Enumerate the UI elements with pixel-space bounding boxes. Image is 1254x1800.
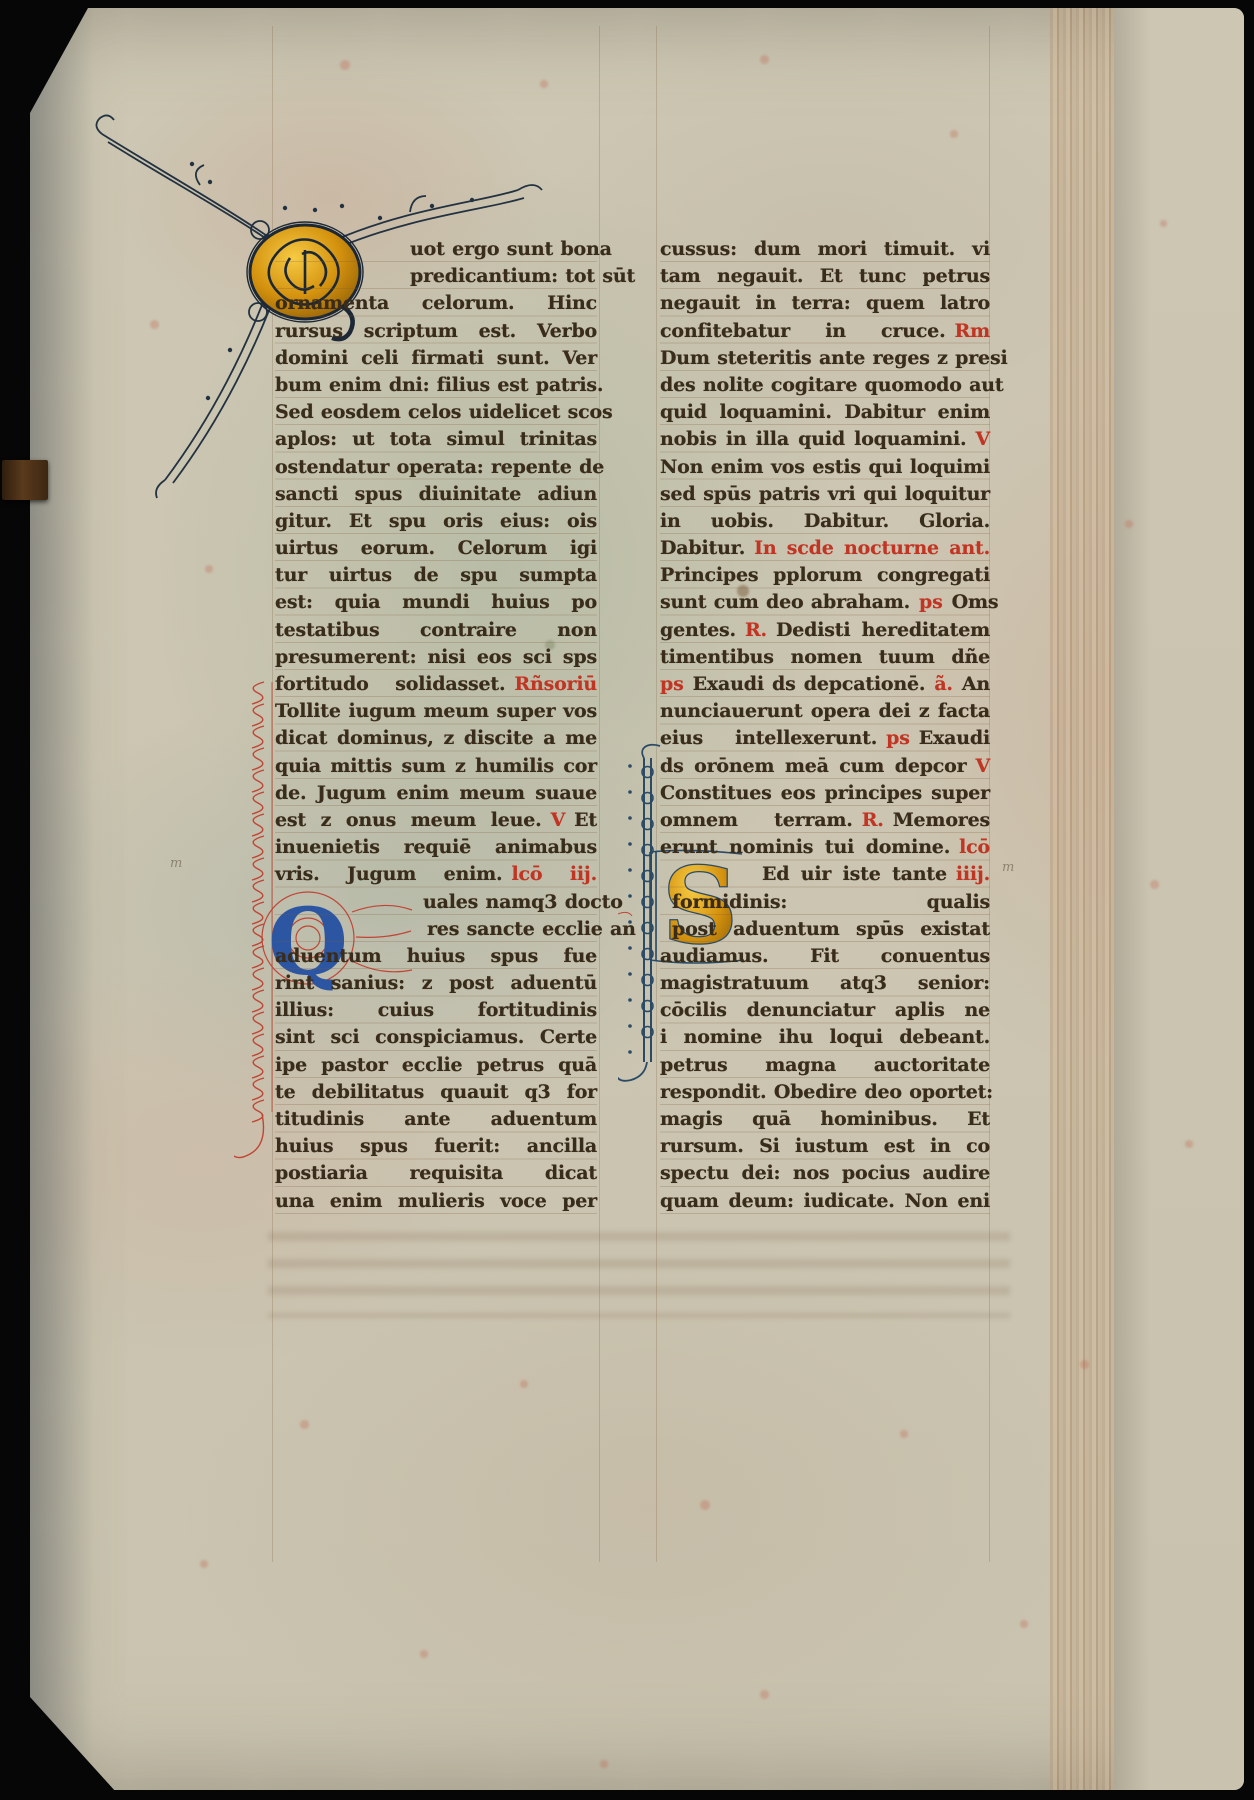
body-text: formidinis: qualis: [672, 891, 990, 913]
body-text: rint sanius: z post aduentū: [275, 972, 597, 994]
text-line: aplos: ut tota simul trinitas: [275, 426, 597, 453]
page-corner-cut: [30, 8, 88, 113]
body-text: vris. Jugum enim.: [275, 863, 502, 885]
body-text: gitur. Et spu oris eius: ois: [275, 510, 597, 532]
text-line: de. Jugum enim meum suaue: [275, 780, 597, 807]
text-line: titudinis ante aduentum: [275, 1106, 597, 1133]
rubric-text: Rñsoriū: [514, 673, 597, 695]
text-line: respondit. Obedire deo oportet:: [660, 1079, 990, 1106]
text-line: spectu dei: nos pocius audire: [660, 1160, 990, 1187]
rubric-text: Rm: [955, 320, 991, 342]
text-line: tam negauit. Et tunc petrus: [660, 263, 990, 290]
body-text: nunciauerunt opera dei z facta: [660, 700, 990, 722]
margin-mark: m: [1002, 860, 1014, 875]
body-text: una enim mulieris voce per: [275, 1190, 597, 1212]
body-text: de. Jugum enim meum suaue: [275, 782, 597, 804]
body-text: rursum. Si iustum est in co: [660, 1135, 990, 1157]
body-text: spectu dei: nos pocius audire: [660, 1162, 990, 1184]
body-text: testatibus contraire non: [275, 619, 597, 641]
body-text: in uobis. Dabitur. Gloria.: [660, 510, 990, 532]
stain-mark: [520, 1380, 528, 1388]
body-text: negauit in terra: quem latro: [660, 292, 990, 314]
text-line: negauit in terra: quem latro: [660, 290, 990, 317]
text-line: est z onus meum leue.VEt: [275, 807, 597, 834]
rubric-text: iiij.: [956, 863, 990, 885]
body-text: quia mittis sum z humilis cor: [275, 755, 597, 777]
rubric-text: R.: [745, 619, 767, 641]
body-text: ipe pastor ecclie petrus quā: [275, 1054, 597, 1076]
stain-mark: [1160, 220, 1167, 227]
text-line: sed spūs patris vri qui loquitur: [660, 481, 990, 508]
text-line: ds orōnem meā cum depcorV: [660, 753, 990, 780]
text-line: i nomine ihu loqui debeant.: [660, 1024, 990, 1051]
body-text: cōcilis denunciatur aplis ne: [660, 999, 990, 1021]
body-text: post aduentum spūs existat: [672, 918, 990, 940]
text-line: presumerent: nisi eos sci sps: [275, 644, 597, 671]
text-line: postiaria requisita dicat: [275, 1160, 597, 1187]
rubric-text: ps: [886, 727, 910, 749]
stain-mark: [1125, 520, 1133, 528]
body-text: audiamus. Fit conuentus: [660, 945, 990, 967]
body-text: Et: [574, 809, 597, 831]
body-text: predicantium: tot sūt: [410, 265, 635, 287]
text-line: tur uirtus de spu sumpta: [275, 562, 597, 589]
ruling-line: [656, 26, 657, 1562]
text-line: audiamus. Fit conuentus: [660, 943, 990, 970]
body-text: sed spūs patris vri qui loquitur: [660, 483, 990, 505]
page-corner-cut: [30, 1697, 116, 1792]
margin-mark: m: [170, 856, 182, 871]
text-line: est: quia mundi huius po: [275, 589, 597, 616]
body-text: ostendatur operata: repente de: [275, 456, 604, 478]
body-text: petrus magna auctoritate: [660, 1054, 990, 1076]
body-text: eius intellexerunt.: [660, 727, 877, 749]
text-line: quid loquamini. Dabitur enim: [660, 399, 990, 426]
body-text: Principes pplorum congregati: [660, 564, 990, 586]
stain-mark: [950, 130, 958, 138]
text-line: dicat dominus, z discite a me: [275, 725, 597, 752]
text-line: gentes.R.Dedisti hereditatem: [660, 617, 990, 644]
text-line: gitur. Et spu oris eius: ois: [275, 508, 597, 535]
body-text: ds orōnem meā cum depcor: [660, 755, 966, 777]
body-text: Tollite iugum meum super vos: [275, 700, 597, 722]
text-line: formidinis: qualis: [660, 889, 990, 916]
text-line: eius intellexerunt.psExaudi: [660, 725, 990, 752]
body-text: Ed uir iste tante: [762, 863, 947, 885]
rubric-text: ã.: [934, 673, 953, 695]
text-line: Principes pplorum congregati: [660, 562, 990, 589]
body-text: presumerent: nisi eos sci sps: [275, 646, 597, 668]
body-text: rursus scriptum est. Verbo: [275, 320, 597, 342]
text-line: sunt cum deo abraham.psOms: [660, 589, 990, 616]
body-text: illius: cuius fortitudinis: [275, 999, 597, 1021]
stain-mark: [1020, 1620, 1028, 1628]
gutter-shadow: [30, 8, 94, 1790]
stain-mark: [420, 1650, 428, 1658]
text-line: te debilitatus quauit q3 for: [275, 1079, 597, 1106]
text-line: erunt nominis tui domine.lcō: [660, 834, 990, 861]
text-line: nunciauerunt opera dei z facta: [660, 698, 990, 725]
rubric-text: ps: [919, 591, 943, 613]
body-text: aplos: ut tota simul trinitas: [275, 428, 597, 450]
rubric-text: lcō: [959, 836, 990, 858]
text-line: Non enim vos estis qui loquimi: [660, 454, 990, 481]
body-text: dicat dominus, z discite a me: [275, 727, 597, 749]
text-line: Tollite iugum meum super vos: [275, 698, 597, 725]
text-line: huius spus fuerit: ancilla: [275, 1133, 597, 1160]
body-text: titudinis ante aduentum: [275, 1108, 597, 1130]
stain-mark: [200, 1560, 208, 1568]
stain-mark: [1080, 1360, 1089, 1369]
text-line: petrus magna auctoritate: [660, 1052, 990, 1079]
text-line: vris. Jugum enim.lcō iij.: [275, 861, 597, 888]
body-text: inuenietis requiē animabus: [275, 836, 597, 858]
body-text: uales namq3 docto: [423, 891, 623, 913]
text-line: rursus scriptum est. Verbo: [275, 318, 597, 345]
body-text: magis quā hominibus. Et: [660, 1108, 990, 1130]
stain-mark: [760, 55, 769, 64]
text-line: inuenietis requiē animabus: [275, 834, 597, 861]
body-text: res sancte ecclie an: [427, 918, 636, 940]
text-line: Dum steteritis ante reges z presi: [660, 345, 990, 372]
rubric-text: R.: [862, 809, 884, 831]
body-text: omnem terram.: [660, 809, 853, 831]
text-line: nobis in illa quid loquamini.V: [660, 426, 990, 453]
body-text: respondit. Obedire deo oportet:: [660, 1081, 993, 1103]
body-text: postiaria requisita dicat: [275, 1162, 597, 1184]
text-line: uirtus eorum. Celorum igi: [275, 535, 597, 562]
bookmark-tab: [2, 460, 48, 500]
text-line: magistratuum atq3 senior:: [660, 970, 990, 997]
text-line: Sed eosdem celos uidelicet scos: [275, 399, 597, 426]
body-text: Constitues eos principes super: [660, 782, 990, 804]
text-line: res sancte ecclie an: [275, 916, 597, 943]
body-text: gentes.: [660, 619, 736, 641]
text-line: cōcilis denunciatur aplis ne: [660, 997, 990, 1024]
body-text: bum enim dni: filius est patris.: [275, 374, 603, 396]
body-text: quam deum: iudicate. Non eni: [660, 1190, 990, 1212]
text-line: confitebatur in cruce.Rm: [660, 318, 990, 345]
text-line: des nolite cogitare quomodo aut: [660, 372, 990, 399]
text-line: in uobis. Dabitur. Gloria.: [660, 508, 990, 535]
text-line: aduentum huius spus fue: [275, 943, 597, 970]
stain-mark: [1185, 1140, 1193, 1148]
text-line: Constitues eos principes super: [660, 780, 990, 807]
underlying-leaves: [1114, 8, 1244, 1790]
body-text: An: [962, 673, 990, 695]
body-text: Dedisti hereditatem: [776, 619, 990, 641]
stain-mark: [340, 60, 350, 70]
body-text: sunt cum deo abraham.: [660, 591, 910, 613]
body-text: tam negauit. Et tunc petrus: [660, 265, 990, 287]
rubric-text: ps: [660, 673, 684, 695]
text-line: quia mittis sum z humilis cor: [275, 753, 597, 780]
text-line: uot ergo sunt bona: [275, 236, 597, 263]
body-text: tur uirtus de spu sumpta: [275, 564, 597, 586]
text-line: domini celi firmati sunt. Ver: [275, 345, 597, 372]
text-line: ostendatur operata: repente de: [275, 454, 597, 481]
text-line: Dabitur.In scde nocturne ant.: [660, 535, 990, 562]
body-text: aduentum huius spus fue: [275, 945, 597, 967]
text-line: fortitudo solidasset.Rñsoriū: [275, 671, 597, 698]
body-text: confitebatur in cruce.: [660, 320, 946, 342]
body-text: est z onus meum leue.: [275, 809, 542, 831]
text-line: predicantium: tot sūt: [275, 263, 597, 290]
body-text: nobis in illa quid loquamini.: [660, 428, 966, 450]
body-text: fortitudo solidasset.: [275, 673, 505, 695]
ink-showthrough: [268, 1232, 1010, 1318]
ruling-line: [272, 26, 273, 1562]
body-text: quid loquamini. Dabitur enim: [660, 401, 990, 423]
body-text: huius spus fuerit: ancilla: [275, 1135, 597, 1157]
body-text: ornamenta celorum. Hinc: [275, 292, 597, 314]
body-text: domini celi firmati sunt. Ver: [275, 347, 597, 369]
text-line: psExaudi ds depcationē.ã.An: [660, 671, 990, 698]
text-line: post aduentum spūs existat: [660, 916, 990, 943]
rubric-text: In scde nocturne ant.: [754, 537, 990, 559]
stain-mark: [205, 565, 213, 573]
text-line: sancti spus diuinitate adiun: [275, 481, 597, 508]
body-text: sint sci conspiciamus. Certe: [275, 1026, 597, 1048]
text-line: testatibus contraire non: [275, 617, 597, 644]
stain-mark: [700, 1500, 710, 1510]
stain-mark: [1150, 880, 1159, 889]
page-fore-edge: [1050, 8, 1114, 1790]
body-text: te debilitatus quauit q3 for: [275, 1081, 597, 1103]
stain-mark: [900, 1430, 908, 1438]
body-text: sancti spus diuinitate adiun: [275, 483, 597, 505]
body-text: cussus: dum mori timuit. vi: [660, 238, 990, 260]
body-text: uirtus eorum. Celorum igi: [275, 537, 597, 559]
text-line: timentibus nomen tuum dñe: [660, 644, 990, 671]
rubric-text: V: [975, 428, 990, 450]
rubric-text: V: [975, 755, 990, 777]
manuscript-photo: Q S uot ergo sunt bonapredicantium: tot …: [0, 0, 1254, 1800]
body-text: Oms: [952, 591, 999, 613]
text-line: rursum. Si iustum est in co: [660, 1133, 990, 1160]
body-text: erunt nominis tui domine.: [660, 836, 950, 858]
stain-mark: [150, 320, 159, 329]
rubric-text: V: [551, 809, 566, 831]
text-line: sint sci conspiciamus. Certe: [275, 1024, 597, 1051]
body-text: des nolite cogitare quomodo aut: [660, 374, 1003, 396]
text-line: quam deum: iudicate. Non eni: [660, 1188, 990, 1215]
body-text: Non enim vos estis qui loquimi: [660, 456, 990, 478]
text-line: magis quā hominibus. Et: [660, 1106, 990, 1133]
text-line: una enim mulieris voce per: [275, 1188, 597, 1215]
body-text: Exaudi: [919, 727, 990, 749]
stain-mark: [760, 1690, 769, 1699]
body-text: magistratuum atq3 senior:: [660, 972, 990, 994]
text-line: Ed uir iste tanteiiij.: [660, 861, 990, 888]
body-text: Sed eosdem celos uidelicet scos: [275, 401, 612, 423]
text-line: ornamenta celorum. Hinc: [275, 290, 597, 317]
text-column-right: cussus: dum mori timuit. vitam negauit. …: [660, 236, 990, 1215]
stain-mark: [540, 80, 548, 88]
body-text: Memores: [893, 809, 990, 831]
text-line: rint sanius: z post aduentū: [275, 970, 597, 997]
body-text: est: quia mundi huius po: [275, 591, 597, 613]
text-line: cussus: dum mori timuit. vi: [660, 236, 990, 263]
text-line: uales namq3 docto: [275, 889, 597, 916]
body-text: Dum steteritis ante reges z presi: [660, 347, 1007, 369]
text-line: bum enim dni: filius est patris.: [275, 372, 597, 399]
body-text: timentibus nomen tuum dñe: [660, 646, 990, 668]
body-text: Exaudi ds depcationē.: [693, 673, 926, 695]
text-line: illius: cuius fortitudinis: [275, 997, 597, 1024]
body-text: uot ergo sunt bona: [410, 238, 612, 260]
text-line: ipe pastor ecclie petrus quā: [275, 1052, 597, 1079]
body-text: i nomine ihu loqui debeant.: [660, 1026, 990, 1048]
stain-mark: [600, 1760, 608, 1768]
body-text: Dabitur.: [660, 537, 745, 559]
rubric-text: lcō iij.: [511, 863, 597, 885]
stain-mark: [300, 1420, 309, 1429]
text-line: omnem terram.R.Memores: [660, 807, 990, 834]
text-column-left: uot ergo sunt bonapredicantium: tot sūto…: [275, 236, 597, 1215]
